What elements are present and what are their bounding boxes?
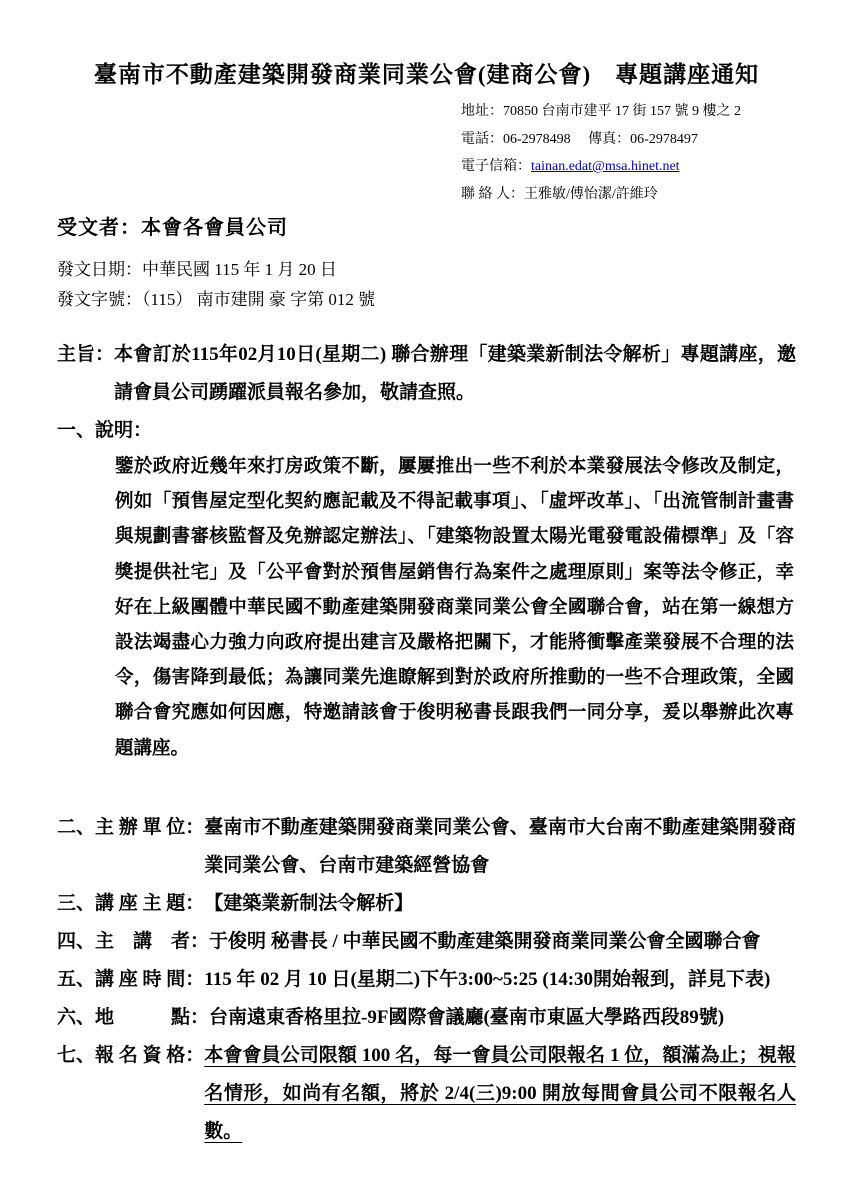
email-line: 電子信箱：tainan.edat@msa.hinet.net [461,153,796,181]
email-link[interactable]: tainan.edat@msa.hinet.net [531,159,680,174]
page-number: 1 [0,1090,848,1107]
subject-label: 主旨： [57,336,114,412]
contact-block: 地址：70850 台南市建平 17 街 157 號 9 樓之 2 電話：06-2… [461,98,796,208]
section-organizers: 二、主 辦 單 位： 臺南市不動產建築開發商業同業公會、臺南市大台南不動產建築開… [57,809,796,885]
organizers-label: 二、主 辦 單 位： [57,809,204,885]
venue-label: 六、地 點： [57,999,209,1037]
contact-persons-line: 聯 絡 人：王雅敏/傅怡潔/許維玲 [461,181,796,209]
time-text: 115 年 02 月 10 日(星期二)下午3:00~5:25 (14:30開始… [204,961,796,999]
section-time: 五、講 座 時 間： 115 年 02 月 10 日(星期二)下午3:00~5:… [57,961,796,999]
recipient-line: 受文者：本會各會員公司 [57,211,796,240]
doc-info-block: 發文日期：中華民國 115 年 1 月 20 日 發文字號：（115） 南市建開… [57,255,796,315]
venue-text: 台南遠東香格里拉-9F國際會議廳(臺南市東區大學路西段89號) [209,999,796,1037]
section-speaker: 四、主 講 者： 于俊明 秘書長 / 中華民國不動產建築開發商業同業公會全國聯合… [57,923,796,961]
explain-paragraph: 鑒於政府近幾年來打房政策不斷，屢屢推出一些不利於本業發展法令修改及制定，例如「預… [57,450,796,767]
section-topic: 三、講 座 主 題： 【建築業新制法令解析】 [57,885,796,923]
section-explain-label: 一、說明： [57,412,796,450]
speaker-text: 于俊明 秘書長 / 中華民國不動產建築開發商業同業公會全國聯合會 [209,923,796,961]
doc-number-line: 發文字號：（115） 南市建開 豪 字第 012 號 [57,285,796,315]
page-title: 臺南市不動產建築開發商業同業公會(建商公會) 專題講座通知 [57,56,796,89]
speaker-label: 四、主 講 者： [57,923,209,961]
phone-fax-line: 電話：06-2978498 傳真：06-2978497 [461,126,796,154]
doc-date-line: 發文日期：中華民國 115 年 1 月 20 日 [57,255,796,285]
email-label: 電子信箱： [461,159,531,174]
address-line: 地址：70850 台南市建平 17 街 157 號 9 樓之 2 [461,98,796,126]
section-venue: 六、地 點： 台南遠東香格里拉-9F國際會議廳(臺南市東區大學路西段89號) [57,999,796,1037]
document-page: 臺南市不動產建築開發商業同業公會(建商公會) 專題講座通知 地址：70850 台… [0,0,848,1200]
subject-text: 本會訂於115年02月10日(星期二) 聯合辦理「建築業新制法令解析」專題講座，… [114,336,796,412]
organizers-text: 臺南市不動產建築開發商業同業公會、臺南市大台南不動產建築開發商業同業公會、台南市… [204,809,796,885]
topic-text: 【建築業新制法令解析】 [204,885,796,923]
time-label: 五、講 座 時 間： [57,961,204,999]
subject-row: 主旨： 本會訂於115年02月10日(星期二) 聯合辦理「建築業新制法令解析」專… [57,336,796,412]
topic-label: 三、講 座 主 題： [57,885,204,923]
